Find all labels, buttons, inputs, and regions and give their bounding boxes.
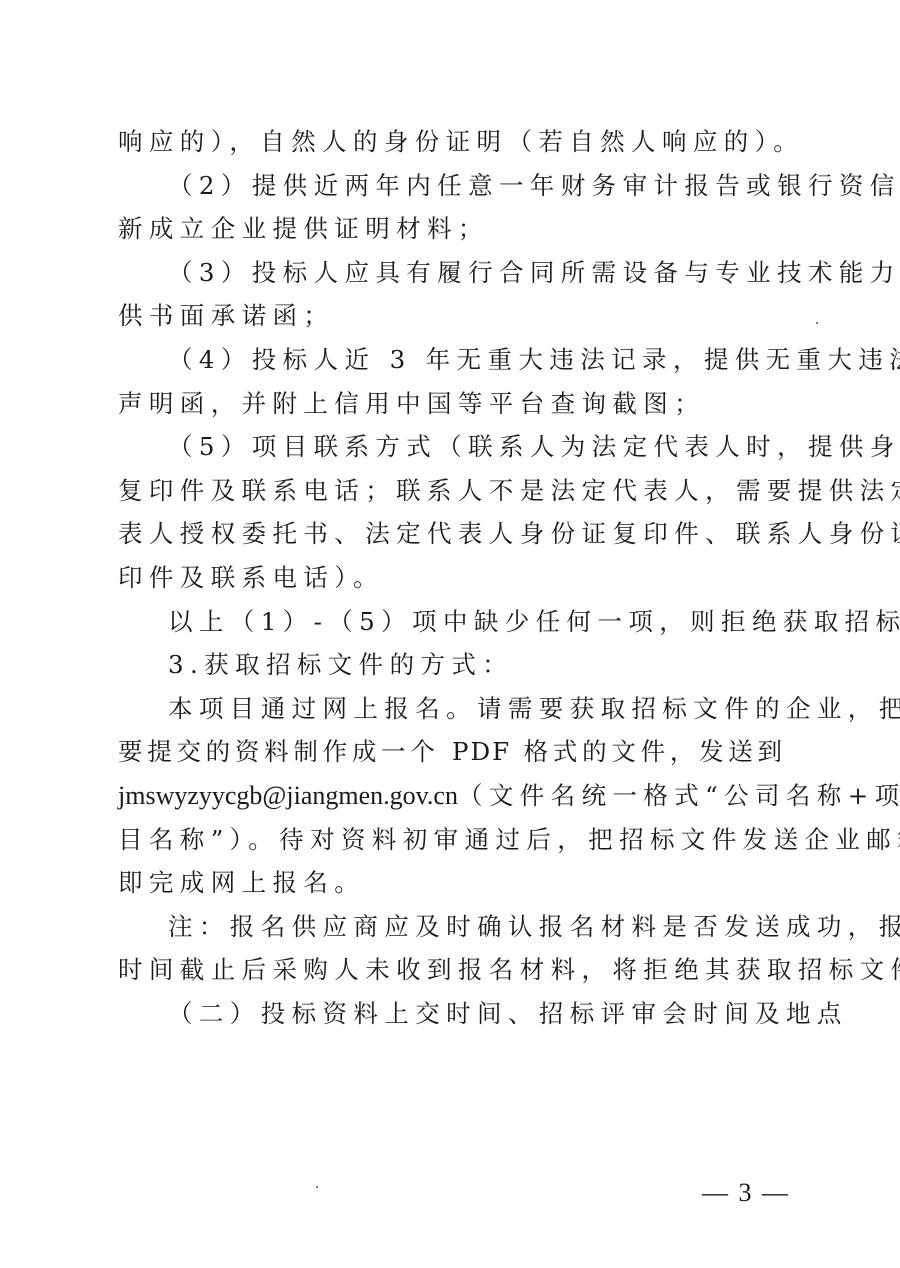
paragraph-line: 声明函，并附上信用中国等平台查询截图； — [118, 382, 784, 426]
paragraph-line: 供书面承诺函； — [118, 294, 784, 338]
rejection-note-line: 以上（1）-（5）项中缺少任何一项，则拒绝获取招标文件。 — [118, 600, 784, 644]
paragraph-line: 复印件及联系电话；联系人不是法定代表人，需要提供法定代 — [118, 469, 784, 513]
paragraph-line: 响应的），自然人的身份证明（若自然人响应的）。 — [118, 120, 784, 164]
section-heading-2: （二）投标资料上交时间、招标评审会时间及地点 — [118, 992, 784, 1036]
paragraph-line: 即完成网上报名。 — [118, 861, 784, 905]
paragraph-line: 目名称”）。待对资料初审通过后，把招标文件发送企业邮箱。 — [118, 818, 784, 862]
document-page: 响应的），自然人的身份证明（若自然人响应的）。 （2）提供近两年内任意一年财务审… — [0, 0, 900, 1268]
paragraph-line: 要提交的资料制作成一个 PDF 格式的文件，发送到 — [118, 730, 784, 774]
email-address-link[interactable]: jmswyzyycgb@jiangmen.gov.cn — [118, 781, 458, 810]
requirement-2-line: （2）提供近两年内任意一年财务审计报告或银行资信证明； — [118, 164, 784, 208]
requirement-4-line: （4）投标人近 3 年无重大违法记录，提供无重大违法记录 — [118, 338, 784, 382]
scan-speck — [816, 322, 818, 324]
section-heading-3: 3.获取招标文件的方式： — [118, 643, 784, 687]
requirement-5-line: （5）项目联系方式（联系人为法定代表人时，提供身份证 — [118, 425, 784, 469]
scan-speck — [316, 1186, 318, 1188]
note-line: 注：报名供应商应及时确认报名材料是否发送成功，报名 — [118, 905, 784, 949]
paragraph-line: 时间截止后采购人未收到报名材料，将拒绝其获取招标文件。 — [118, 948, 784, 992]
document-body: 响应的），自然人的身份证明（若自然人响应的）。 （2）提供近两年内任意一年财务审… — [118, 120, 784, 1035]
email-line-rest: （文件名统一格式“公司名称+项 — [458, 781, 900, 810]
page-number: — 3 — — [702, 1178, 790, 1208]
email-line: jmswyzyycgb@jiangmen.gov.cn（文件名统一格式“公司名称… — [118, 774, 784, 818]
paragraph-line: 新成立企业提供证明材料； — [118, 207, 784, 251]
paragraph-line: 本项目通过网上报名。请需要获取招标文件的企业，把需 — [118, 687, 784, 731]
paragraph-line: 印件及联系电话）。 — [118, 556, 784, 600]
requirement-3-line: （3）投标人应具有履行合同所需设备与专业技术能力，提 — [118, 251, 784, 295]
paragraph-line: 表人授权委托书、法定代表人身份证复印件、联系人身份证复 — [118, 512, 784, 556]
